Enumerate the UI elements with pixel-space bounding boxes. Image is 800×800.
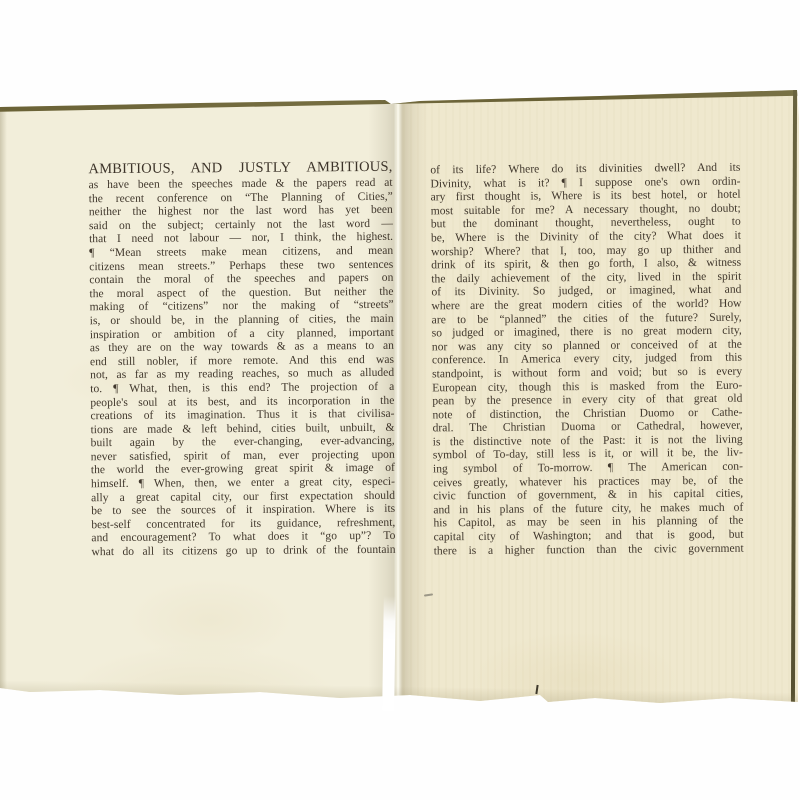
left-page-lines: as have been the speeches made & the pap… <box>89 176 396 559</box>
page-left-edge <box>0 100 7 695</box>
text-line: there is a higher function than the civi… <box>434 541 744 557</box>
left-page-text: AMBITIOUS, AND JUSTLY AMBITIOUS, as have… <box>88 159 395 559</box>
right-page-text: of its life? Where do its divinities dwe… <box>430 161 743 558</box>
text-line: what do all its citizens go up to drink … <box>91 543 395 559</box>
photo-background: AMBITIOUS, AND JUSTLY AMBITIOUS, as have… <box>0 0 800 800</box>
gutter-bottom-gap <box>382 596 396 711</box>
right-page-lines: of its life? Where do its divinities dwe… <box>430 161 743 558</box>
